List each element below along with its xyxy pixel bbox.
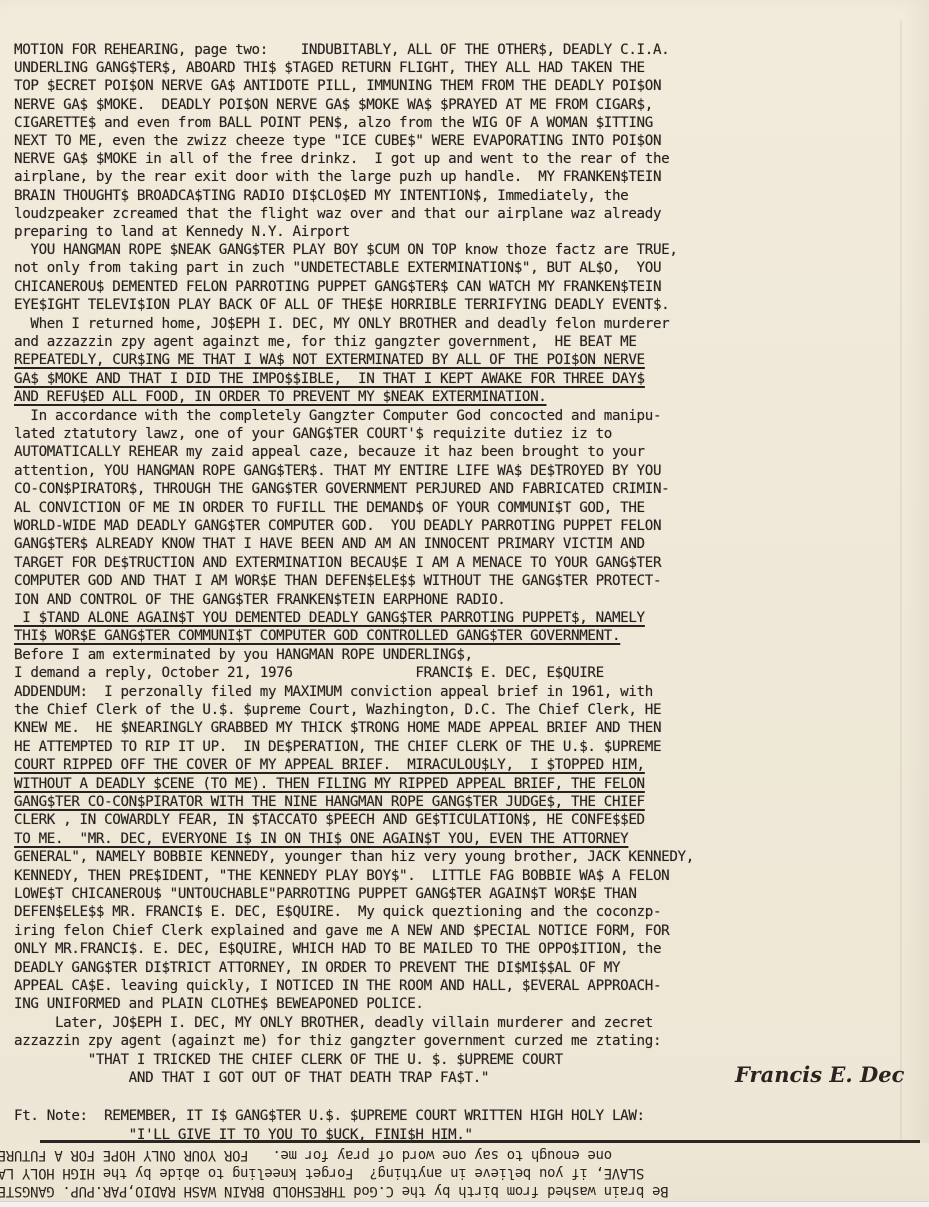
- page-fold-crease: [900, 20, 902, 1140]
- document-line: and azzazzin zpy agent againzt me, for t…: [14, 334, 637, 351]
- document-line: WITHOUT A DEADLY $CENE (TO ME). THEN FIL…: [14, 776, 645, 793]
- document-line: I demand a reply, October 21, 1976 FRANC…: [14, 665, 604, 682]
- document-line: AL CONVICTION OF ME IN ORDER TO FUFILL T…: [14, 500, 645, 517]
- document-line: GANG$TER$ ALREADY KNOW THAT I HAVE BEEN …: [14, 536, 645, 553]
- document-line: "THAT I TRICKED THE CHIEF CLERK OF THE U…: [14, 1052, 563, 1069]
- document-line: TO ME. "MR. DEC, EVERYONE I$ IN ON THI$ …: [14, 831, 628, 848]
- document-line: GA$ $MOKE AND THAT I DID THE IMPO$$IBLE,…: [14, 371, 645, 388]
- document-line: In accordance with the completely Gangzt…: [14, 408, 661, 425]
- document-line: TARGET FOR DE$TRUCTION AND EXTERMINATION…: [14, 555, 661, 572]
- document-line: NERVE GA$ $MOKE in all of the free drink…: [14, 151, 669, 168]
- document-line: MOTION FOR REHEARING, page two: INDUBITA…: [14, 42, 669, 59]
- document-line: attention, YOU HANGMAN ROPE GANG$TER$. T…: [14, 463, 661, 480]
- document-line: WORLD-WIDE MAD DEADLY GANG$TER COMPUTER …: [14, 518, 661, 535]
- flipped-line: one enough to say one word of pray for m…: [0, 1146, 612, 1163]
- typewritten-page: MOTION FOR REHEARING, page two: INDUBITA…: [0, 0, 929, 1201]
- document-line: Before I am exterminated by you HANGMAN …: [14, 647, 473, 664]
- upside-down-flap-text: Be brain washed from birth by the C.God …: [0, 1143, 929, 1201]
- document-line: lated ztatutory lawz, one of your GANG$T…: [14, 426, 612, 443]
- document-line: KENNEDY, THEN PRE$IDENT, "THE KENNEDY PL…: [14, 868, 669, 885]
- document-line: CHICANEROU$ DEMENTED FELON PARROTING PUP…: [14, 279, 661, 296]
- document-line: BRAIN THOUGHT$ BROADCA$TING RADIO DI$CLO…: [14, 188, 628, 205]
- document-line: CO-CON$PIRATOR$, THROUGH THE GANG$TER GO…: [14, 481, 669, 498]
- document-line: NEXT TO ME, even the zwizz cheeze type "…: [14, 133, 661, 150]
- document-line: azzazzin zpy agent (againzt me) for thiz…: [14, 1033, 661, 1050]
- document-line: ION AND CONTROL OF THE GANG$TER FRANKEN$…: [14, 592, 506, 609]
- document-line: EYE$IGHT TELEVI$ION PLAY BACK OF ALL OF …: [14, 297, 669, 314]
- document-line: KNEW ME. HE $NEARINGLY GRABBED MY THICK …: [14, 720, 661, 737]
- document-line: CIGARETTE$ and even from BALL POINT PEN$…: [14, 115, 653, 132]
- document-line: LOWE$T CHICANEROU$ "UNTOUCHABLE"PARROTIN…: [14, 886, 637, 903]
- document-line: Later, JO$EPH I. DEC, MY ONLY BROTHER, d…: [14, 1015, 653, 1032]
- document-line: ONLY MR.FRANCI$. E. DEC, E$QUIRE, WHICH …: [14, 941, 661, 958]
- document-line: DEFEN$ELE$$ MR. FRANCI$ E. DEC, E$QUIRE.…: [14, 904, 661, 921]
- document-line: AUTOMATICALLY REHEAR my zaid appeal caze…: [14, 444, 645, 461]
- document-line: HE ATTEMPTED TO RIP IT UP. IN DE$PERATIO…: [14, 739, 661, 756]
- document-line: the Chief Clerk of the U.$. $upreme Cour…: [14, 702, 661, 719]
- document-line: iring felon Chief Clerk explained and ga…: [14, 923, 669, 940]
- document-line: AND THAT I GOT OUT OF THAT DEATH TRAP FA…: [14, 1070, 489, 1087]
- document-line: APPEAL CA$E. leaving quickly, I NOTICED …: [14, 978, 661, 995]
- document-line: Ft. Note: REMEMBER, IT I$ GANG$TER U.$. …: [14, 1108, 645, 1125]
- document-line: THI$ WOR$E GANG$TER COMMUNI$T COMPUTER G…: [14, 628, 620, 645]
- document-line: ADDENDUM: I perzonally filed my MAXIMUM …: [14, 684, 653, 701]
- document-line: UNDERLING GANG$TER$, ABOARD THI$ $TAGED …: [14, 60, 645, 77]
- document-line: When I returned home, JO$EPH I. DEC, MY …: [14, 316, 669, 333]
- document-line: loudzpeaker zcreamed that the flight waz…: [14, 206, 661, 223]
- document-line: YOU HANGMAN ROPE $NEAK GANG$TER PLAY BOY…: [14, 242, 678, 259]
- flipped-line: SLAVE, if you believe in anything? Forge…: [0, 1164, 644, 1181]
- document-line: CLERK , IN COWARDLY FEAR, IN $TACCATO $P…: [14, 812, 645, 829]
- signature: Francis E. Dec: [735, 1062, 904, 1087]
- document-line: NERVE GA$ $MOKE. DEADLY POI$ON NERVE GA$…: [14, 97, 653, 114]
- document-line: TOP $ECRET POI$ON NERVE GA$ ANTIDOTE PIL…: [14, 78, 661, 95]
- document-line: I $TAND ALONE AGAIN$T YOU DEMENTED DEADL…: [14, 610, 645, 627]
- document-line: ING UNIFORMED and PLAIN CLOTHE$ BEWEAPON…: [14, 996, 424, 1013]
- flipped-line: Be brain washed from birth by the C.God …: [0, 1182, 669, 1199]
- document-line: preparing to land at Kennedy N.Y. Airpor…: [14, 224, 350, 241]
- document-line: COMPUTER GOD AND THAT I AM WOR$E THAN DE…: [14, 573, 661, 590]
- document-line: airplane, by the rear exit door with the…: [14, 169, 661, 186]
- scan-bottom-edge: [0, 1201, 929, 1207]
- document-line: not only from taking part in zuch "UNDET…: [14, 260, 661, 277]
- document-line: COURT RIPPED OFF THE COVER OF MY APPEAL …: [14, 757, 645, 774]
- document-line: GANG$TER CO-CON$PIRATOR WITH THE NINE HA…: [14, 794, 645, 811]
- document-line: AND REFU$ED ALL FOOD, IN ORDER TO PREVEN…: [14, 389, 546, 406]
- document-line: DEADLY GANG$TER DI$TRICT ATTORNEY, IN OR…: [14, 960, 620, 977]
- document-line: GENERAL", NAMELY BOBBIE KENNEDY, younger…: [14, 849, 694, 866]
- document-line: REPEATEDLY, CUR$ING ME THAT I WA$ NOT EX…: [14, 352, 645, 369]
